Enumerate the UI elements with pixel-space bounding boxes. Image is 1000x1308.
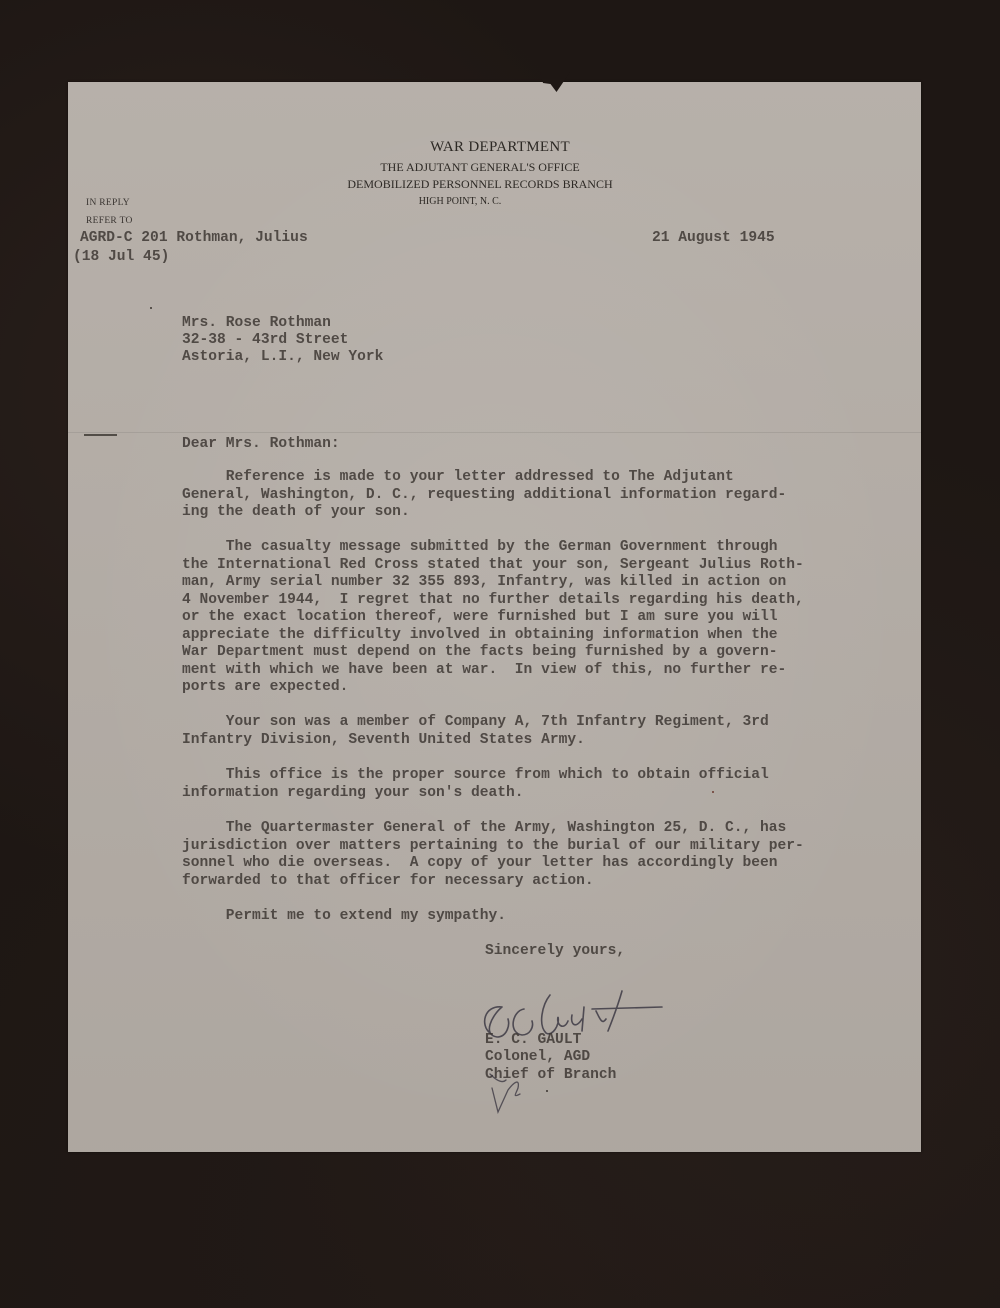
letterhead-office: THE ADJUTANT GENERAL'S OFFICE — [0, 160, 980, 175]
body-line: Reference is made to your letter address… — [182, 469, 786, 487]
initials-scribble — [484, 1060, 544, 1120]
paper-fold-line — [68, 432, 921, 433]
closing: Sincerely yours, — [485, 943, 625, 961]
body-line: ment with which we have been at war. In … — [182, 662, 804, 680]
letterhead-department: WAR DEPARTMENT — [0, 139, 1000, 156]
letter-date: 21 August 1945 — [652, 230, 775, 248]
ink-dot — [150, 307, 152, 309]
body-line: or the exact location thereof, were furn… — [182, 609, 804, 627]
recipient-city: Astoria, L.I., New York — [182, 349, 383, 367]
letterhead-branch: DEMOBILIZED PERSONNEL RECORDS BRANCH — [0, 177, 980, 192]
body-line: sonnel who die overseas. A copy of your … — [182, 855, 804, 873]
paragraph-sympathy: Permit me to extend my sympathy. — [182, 908, 506, 926]
body-line: ing the death of your son. — [182, 504, 786, 522]
signatory-name: E. C. GAULT — [485, 1032, 581, 1050]
body-line: the International Red Cross stated that … — [182, 557, 804, 575]
reference-number: AGRD-C 201 Rothman, Julius — [80, 230, 308, 248]
paragraph-reference: Reference is made to your letter address… — [182, 469, 786, 522]
paper-mark — [712, 791, 714, 793]
body-line: Permit me to extend my sympathy. — [182, 908, 506, 926]
body-line: information regarding your son's death. — [182, 785, 769, 803]
body-line: War Department must depend on the facts … — [182, 644, 804, 662]
paragraph-source: This office is the proper source from wh… — [182, 767, 769, 802]
reply-label-line2: REFER TO — [86, 216, 133, 226]
body-line: This office is the proper source from wh… — [182, 767, 769, 785]
fold-mark — [84, 434, 117, 436]
body-line: Infantry Division, Seventh United States… — [182, 732, 769, 750]
body-line: ports are expected. — [182, 679, 804, 697]
body-line: Your son was a member of Company A, 7th … — [182, 714, 769, 732]
paragraph-unit: Your son was a member of Company A, 7th … — [182, 714, 769, 749]
body-line: General, Washington, D. C., requesting a… — [182, 487, 786, 505]
reference-date: (18 Jul 45) — [73, 249, 169, 267]
ink-dot — [546, 1090, 548, 1092]
recipient-name: Mrs. Rose Rothman — [182, 315, 331, 333]
paragraph-casualty: The casualty message submitted by the Ge… — [182, 539, 804, 697]
reply-label-line1: IN REPLY — [86, 198, 130, 208]
body-line: jurisdiction over matters pertaining to … — [182, 838, 804, 856]
body-line: forwarded to that officer for necessary … — [182, 873, 804, 891]
paragraph-quartermaster: The Quartermaster General of the Army, W… — [182, 820, 804, 890]
body-line: The Quartermaster General of the Army, W… — [182, 820, 804, 838]
salutation: Dear Mrs. Rothman: — [182, 436, 340, 454]
recipient-street: 32-38 - 43rd Street — [182, 332, 348, 350]
body-line: man, Army serial number 32 355 893, Infa… — [182, 574, 804, 592]
body-line: 4 November 1944, I regret that no furthe… — [182, 592, 804, 610]
body-line: appreciate the difficulty involved in ob… — [182, 627, 804, 645]
body-line: The casualty message submitted by the Ge… — [182, 539, 804, 557]
letterhead-location: HIGH POINT, N. C. — [0, 196, 960, 207]
